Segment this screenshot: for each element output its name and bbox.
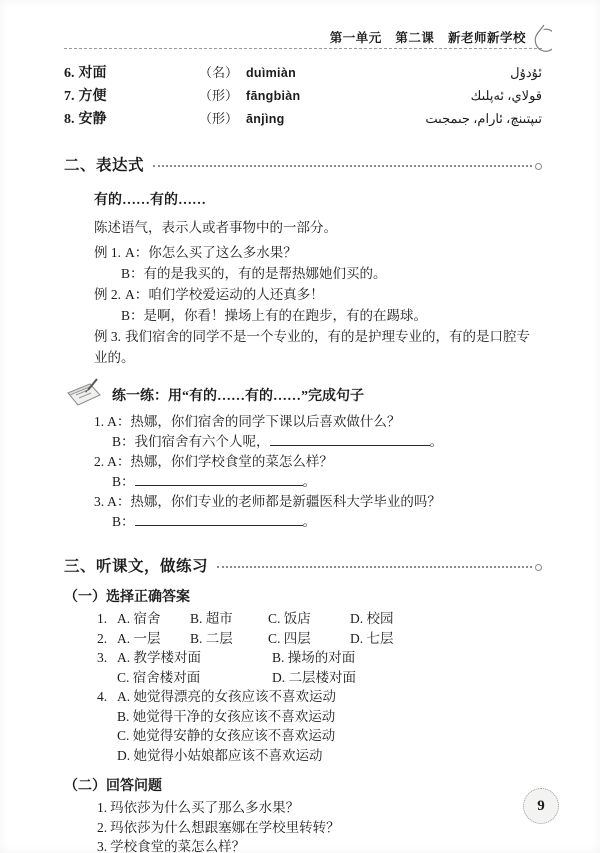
option-a: A. 她觉得漂亮的女孩应该不喜欢运动 — [117, 687, 336, 707]
example-text: A：你怎么买了这么多水果？ — [125, 245, 297, 260]
dotted-leader — [217, 566, 532, 568]
leader-endcap-circle — [535, 163, 542, 170]
question-text: 玛依莎为什么想跟塞娜在学校里转转？ — [110, 820, 340, 835]
mc-question-row: C. 她觉得安静的女孩应该不喜欢运动 — [97, 726, 542, 746]
practice-item: 2.A：热娜，你们学校食堂的菜怎么样？ B：。 — [94, 452, 542, 492]
leader-endcap-circle — [535, 564, 542, 571]
option-a: A. 宿舍 — [117, 609, 190, 629]
part2-title: （二）回答问题 — [64, 775, 542, 795]
qa-question: 1.玛依莎为什么买了那么多水果？ — [97, 798, 542, 818]
vocab-word: 对面 — [79, 66, 107, 81]
vocab-pinyin: duìmiàn — [246, 66, 376, 80]
practice-item: 3.A：热娜，你们专业的老师都是新疆医科大学毕业的吗？ B：。 — [94, 492, 542, 532]
example-label: 例 2. — [94, 287, 121, 302]
option-b: B. 二层 — [190, 629, 268, 649]
vocab-row: 8.安静 （形） ānjìng تىپتىنچ، ئارام، جىمجىت — [64, 108, 542, 131]
notepad-pencil-icon — [66, 378, 104, 413]
page-number: 9 — [537, 798, 545, 815]
mc-question-row: 4. A. 她觉得漂亮的女孩应该不喜欢运动 — [97, 687, 542, 707]
item-number: 1. — [94, 414, 104, 429]
question-number: 2. — [97, 820, 107, 835]
option-d: D. 她觉得小姑娘都应该不喜欢运动 — [117, 746, 323, 766]
example-text: 我们宿舍的同学不是一个专业的，有的是护理专业的，有的是口腔专业的。 — [94, 329, 530, 365]
vocab-number: 6. — [64, 66, 75, 81]
expression-pattern-block: 有的……有的…… 陈述语气，表示人或者事物中的一部分。 例 1.A：你怎么买了这… — [94, 189, 542, 368]
vocab-word: 安静 — [79, 112, 107, 127]
answer-blank — [135, 472, 303, 486]
answer-prefix: B： — [112, 514, 135, 529]
option-a: A. 一层 — [117, 629, 190, 649]
option-c: C. 她觉得安静的女孩应该不喜欢运动 — [117, 726, 335, 746]
practice-items: 1.A：热娜，你们宿舍的同学下课以后喜欢做什么？ B：我们宿舍有六个人呢，。 2… — [94, 412, 542, 532]
question-text: A：热娜，你们宿舍的同学下课以后喜欢做什么？ — [107, 414, 400, 429]
example-line: 例 1.A：你怎么买了这么多水果？ — [94, 242, 542, 263]
mc-question-row: B. 她觉得干净的女孩应该不喜欢运动 — [97, 707, 542, 727]
question-text: A：热娜，你们学校食堂的菜怎么样？ — [107, 454, 333, 469]
pattern-description: 陈述语气，表示人或者事物中的一部分。 — [94, 217, 542, 238]
vocab-pinyin: ānjìng — [246, 112, 376, 126]
example-line: 例 2.A：咱们学校爱运动的人还真多！ — [94, 284, 542, 305]
vocab-pinyin: fāngbiàn — [246, 89, 376, 103]
example-line: B：是啊，你看！操场上有的在跑步，有的在踢球。 — [121, 305, 542, 326]
practice-header: 练一练：用“有的……有的……”完成句子 — [66, 378, 542, 412]
option-b: B. 操场的对面 — [272, 648, 355, 668]
option-d: D. 七层 — [350, 629, 394, 649]
vocab-uyghur-translation: قولاي، ئەپلىك — [376, 88, 542, 104]
option-d: D. 二层楼对面 — [272, 668, 356, 688]
answer-suffix: 。 — [303, 514, 317, 529]
option-b: B. 超市 — [190, 609, 268, 629]
question-number: 3. — [97, 648, 117, 668]
item-number: 3. — [94, 494, 104, 509]
option-b: B. 她觉得干净的女孩应该不喜欢运动 — [117, 707, 335, 727]
answer-suffix: 。 — [303, 474, 317, 489]
answer-suffix: 。 — [430, 434, 444, 449]
question-number: 2. — [97, 629, 117, 649]
vocab-number: 8. — [64, 112, 75, 127]
mc-question-row: 1. A. 宿舍 B. 超市 C. 饭店 D. 校园 — [97, 609, 542, 629]
mc-question-row: D. 她觉得小姑娘都应该不喜欢运动 — [97, 746, 542, 766]
vocab-uyghur-translation: ئۇدۇل — [376, 65, 542, 81]
header-lesson: 第二课 — [395, 31, 434, 45]
question-number: 4. — [97, 687, 117, 707]
mc-question-row: 3. A. 教学楼对面 B. 操场的对面 — [97, 648, 542, 668]
answer-blank — [270, 432, 430, 446]
section-expression-header: 二、表达式 — [64, 153, 542, 175]
mc-question-row: 2. A. 一层 B. 二层 C. 四层 D. 七层 — [97, 629, 542, 649]
option-d: D. 校园 — [350, 609, 394, 629]
header-title: 第一单元 第二课 新老师新学校 — [320, 28, 526, 46]
dotted-leader — [153, 165, 532, 167]
question-text: 学校食堂的菜怎么样？ — [110, 839, 245, 853]
multiple-choice-block: 1. A. 宿舍 B. 超市 C. 饭店 D. 校园 2. A. 一层 B. 二… — [97, 609, 542, 765]
example-label: 例 1. — [94, 245, 121, 260]
practice-item: 1.A：热娜，你们宿舍的同学下课以后喜欢做什么？ B：我们宿舍有六个人呢，。 — [94, 412, 542, 452]
mc-question-row: C. 宿舍楼对面 D. 二层楼对面 — [97, 668, 542, 688]
vocab-number: 7. — [64, 89, 75, 104]
section-title: 二、表达式 — [64, 153, 144, 175]
question-number: 1. — [97, 800, 107, 815]
textbook-page: 第一单元 第二课 新老师新学校 6.对面 （名） duìmiàn ئۇدۇل 7… — [0, 0, 600, 853]
example-line: B：有的是我买的，有的是帮热娜她们买的。 — [121, 263, 542, 284]
vocab-pos: （形） — [199, 108, 246, 127]
vocab-uyghur-translation: تىپتىنچ، ئارام، جىمجىت — [376, 111, 542, 127]
swoosh-circle-icon — [520, 22, 552, 61]
page-number-badge: 9 — [523, 788, 559, 824]
practice-title: 练一练：用“有的……有的……”完成句子 — [112, 385, 364, 405]
option-c: C. 四层 — [268, 629, 350, 649]
answer-questions-block: 1.玛依莎为什么买了那么多水果？ 2.玛依莎为什么想跟塞娜在学校里转转？ 3.学… — [97, 798, 542, 853]
example-label: 例 3. — [94, 329, 121, 344]
question-text: A：热娜，你们专业的老师都是新疆医科大学毕业的吗？ — [107, 494, 441, 509]
section-title: 三、听课文，做练习 — [64, 554, 208, 576]
header-unit: 第一单元 — [330, 31, 382, 45]
example-line: 例 3.我们宿舍的同学不是一个专业的，有的是护理专业的，有的是口腔专业的。 — [94, 326, 542, 368]
pattern-title: 有的……有的…… — [94, 189, 542, 209]
answer-prefix: B： — [112, 474, 135, 489]
option-c: C. 饭店 — [268, 609, 350, 629]
qa-question: 3.学校食堂的菜怎么样？ — [97, 837, 542, 853]
question-number: 3. — [97, 839, 107, 853]
vocab-pos: （名） — [199, 62, 246, 81]
part1-title: （一）选择正确答案 — [64, 586, 542, 606]
section-listening-header: 三、听课文，做练习 — [64, 554, 542, 576]
vocab-pos: （形） — [199, 85, 246, 104]
vocab-list: 6.对面 （名） duìmiàn ئۇدۇل 7.方便 （形） fāngbiàn… — [64, 62, 542, 131]
vocab-row: 6.对面 （名） duìmiàn ئۇدۇل — [64, 62, 542, 85]
example-text: A：咱们学校爱运动的人还真多！ — [125, 287, 324, 302]
answer-prefix: B：我们宿舍有六个人呢， — [112, 434, 270, 449]
page-header: 第一单元 第二课 新老师新学校 — [64, 24, 542, 49]
question-text: 玛依莎为什么买了那么多水果？ — [110, 800, 299, 815]
page-content: 6.对面 （名） duìmiàn ئۇدۇل 7.方便 （形） fāngbiàn… — [64, 62, 542, 853]
option-c: C. 宿舍楼对面 — [117, 668, 272, 688]
vocab-word: 方便 — [79, 89, 107, 104]
qa-question: 2.玛依莎为什么想跟塞娜在学校里转转？ — [97, 818, 542, 838]
answer-blank — [135, 512, 303, 526]
vocab-row: 7.方便 （形） fāngbiàn قولاي، ئەپلىك — [64, 85, 542, 108]
header-lesson-title: 新老师新学校 — [448, 31, 526, 45]
item-number: 2. — [94, 454, 104, 469]
question-number: 1. — [97, 609, 117, 629]
option-a: A. 教学楼对面 — [117, 648, 272, 668]
